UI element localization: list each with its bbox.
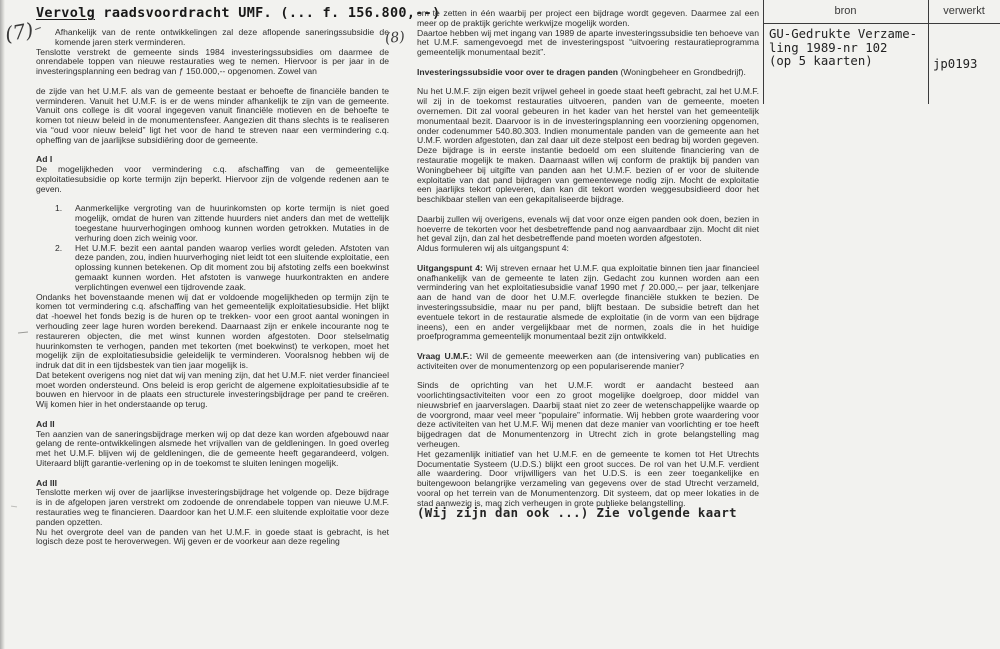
paragraph: Nu het U.M.F. zijn eigen bezit vrijwel g…: [417, 87, 759, 205]
paragraph: Afhankelijk van de rente ontwikkelingen …: [36, 28, 389, 48]
paragraph: Daarbij zullen wij overigens, evenals wi…: [417, 215, 759, 244]
verwerkt-column-header: verwerkt: [928, 5, 1000, 17]
pencil-margin-mark: [18, 331, 28, 333]
vraag-umf-label: Vraag U.M.F.:: [417, 351, 472, 361]
document-title: Vervolg raadsvoordracht UMF. (... f. 156…: [36, 5, 441, 21]
title-rest: raadsvoordracht UMF. (... f. 156.800,--): [95, 5, 441, 21]
paragraph: Tenslotte verstrekt de gemeente sinds 19…: [36, 48, 389, 77]
paragraph: Aldus formuleren wij als uitgangspunt 4:: [417, 244, 759, 254]
paragraph: Daartoe hebben wij met ingang van 1989 d…: [417, 29, 759, 58]
paragraph: Nu het overgrote deel van de panden van …: [36, 528, 389, 548]
list-number: 2.: [36, 244, 75, 293]
scanned-document-card: Vervolg raadsvoordracht UMF. (... f. 156…: [0, 0, 1000, 649]
subsection-heading-bold: Investeringssubsidie voor over te dragen…: [417, 67, 618, 77]
uitgangspunt4-label: Uitgangspunt 4:: [417, 263, 483, 273]
paragraph-uitgangspunt4: Uitgangspunt 4: Wij streven ernaar het U…: [417, 264, 759, 342]
paragraph-vraag-umf: Vraag U.M.F.: Wil de gemeente meewerken …: [417, 352, 759, 372]
right-column: om te zetten in één waarbij per project …: [417, 9, 759, 518]
closing-note: (Wij zijn dan ook ...) Zie volgende kaar…: [417, 509, 759, 519]
paragraph: Tenslotte merken wij over de jaarlijkse …: [36, 488, 389, 527]
uitgangspunt4-text: Wij streven ernaar het U.M.F. qua exploi…: [417, 263, 759, 342]
verwerkt-value: jp0193: [933, 57, 977, 71]
paragraph: om te zetten in één waarbij per project …: [417, 9, 759, 29]
left-column: Afhankelijk van de rente ontwikkelingen …: [36, 28, 389, 547]
bron-value-line: (op 5 kaarten): [769, 55, 917, 69]
table-header-rule: [763, 23, 1000, 24]
bron-value: GU-Gedrukte Verzame- ling 1989-nr 102 (o…: [769, 28, 917, 69]
scan-edge: [0, 0, 5, 649]
paragraph: Het gezamenlijk initiatief van het U.M.F…: [417, 450, 759, 509]
list-item-text: Het U.M.F. bezit een aantal panden waaro…: [75, 244, 389, 293]
pencil-margin-mark: [11, 506, 17, 508]
paragraph: Ondanks het bovenstaande menen wij dat e…: [36, 293, 389, 371]
subsection-heading: Investeringssubsidie voor over te dragen…: [417, 68, 759, 78]
handwritten-mark-7: (7): [3, 18, 35, 47]
list-number: 1.: [36, 204, 75, 243]
paragraph: Dat betekent overigens nog niet dat wij …: [36, 371, 389, 410]
title-underlined-word: Vervolg: [36, 5, 95, 21]
list-item-text: Aanmerkelijke vergroting van de huurinko…: [75, 204, 389, 243]
paragraph: Ten aanzien van de saneringsbijdrage mer…: [36, 430, 389, 469]
paragraph: de zijde van het U.M.F. als van de gemee…: [36, 87, 389, 146]
list-item: 2. Het U.M.F. bezit een aantal panden wa…: [36, 244, 389, 293]
bron-value-line: ling 1989-nr 102: [769, 42, 917, 56]
paragraph: Sinds de oprichting van het U.M.F. wordt…: [417, 381, 759, 450]
subsection-heading-tail: (Woningbeheer en Grondbedrijf).: [618, 67, 746, 77]
bron-value-line: GU-Gedrukte Verzame-: [769, 28, 917, 42]
paragraph: De mogelijkheden voor vermindering c.q. …: [36, 165, 389, 194]
list-item: 1. Aanmerkelijke vergroting van de huuri…: [36, 204, 389, 243]
bron-column-header: bron: [763, 5, 928, 17]
